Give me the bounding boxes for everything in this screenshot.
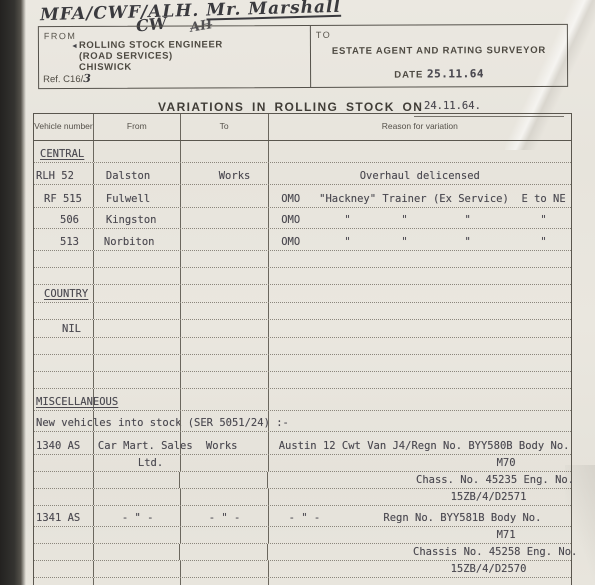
table-cell-r: Austin 12 Cwt Van J4/Regn No. BYY580B Bo…	[269, 432, 571, 454]
table-cell-to	[180, 544, 268, 560]
table-cell-v: 506	[34, 208, 94, 228]
cell-text: NIL	[62, 323, 81, 335]
table-cell-f	[94, 527, 181, 543]
table-cell-r: M70	[269, 455, 571, 471]
cell-text: RLH 52	[36, 170, 74, 182]
from-address: ◄ ROLLING STOCK ENGINEER (ROAD SERVICES)…	[79, 39, 223, 73]
header-reason: Reason for variation	[269, 114, 571, 140]
table-cell-to	[181, 527, 269, 543]
table-cell-r	[269, 411, 571, 431]
table-cell-f: Norbiton	[94, 229, 181, 250]
cell-text: Austin 12 Cwt Van J4/Regn No. BYY580B Bo…	[279, 440, 570, 452]
table-row: RLH 52DalstonWorksOverhaul delicensed	[34, 163, 571, 185]
table-cell-to	[181, 411, 269, 431]
table-cell-r: Overhaul delicensed	[269, 163, 571, 184]
cell-text: OMO " " " "	[269, 214, 547, 226]
table-cell-r: 15ZB/4/D2571	[269, 489, 571, 505]
header-to: To	[181, 114, 269, 140]
table-row: MISCELLANEOUS	[34, 389, 571, 411]
header-from: From	[94, 114, 181, 140]
cell-text: M71	[497, 529, 516, 541]
table-cell-r	[269, 285, 571, 302]
table-cell-f	[94, 578, 181, 585]
table-row	[34, 355, 571, 372]
date-line: DATE 25.11.64	[311, 67, 567, 81]
table-cell-f: Fulwell	[94, 185, 181, 207]
table-cell-to	[181, 208, 269, 228]
cell-text: Dalston	[106, 170, 150, 182]
table-cell-f	[94, 285, 181, 302]
table-cell-f	[94, 141, 181, 162]
table-cell-v	[34, 544, 94, 560]
cell-text: - " -	[209, 512, 241, 524]
table-cell-v: RLH 52	[34, 163, 94, 184]
table-row: 1340 ASCar Mart. SalesWorksAustin 12 Cwt…	[34, 432, 571, 455]
date-value: 25.11.64	[427, 67, 484, 80]
cell-text: Works	[219, 170, 251, 182]
table-row: CENTRAL	[34, 141, 571, 163]
table-cell-v	[34, 472, 94, 488]
to-section: TO ESTATE AGENT AND RATING SURVEYOR DATE…	[311, 25, 567, 87]
table-cell-v	[34, 372, 94, 388]
table-cell-v	[34, 355, 94, 371]
cell-text: 513	[60, 236, 79, 248]
table-cell-r	[269, 372, 571, 388]
cell-text: - " -	[122, 512, 154, 524]
from-address-line: (ROAD SERVICES)	[79, 50, 223, 62]
table-cell-to	[181, 303, 269, 319]
table-cell-r: OMO "Hackney" Trainer (Ex Service) E to …	[269, 185, 571, 207]
table-cell-v	[34, 251, 94, 267]
table-cell-to	[181, 251, 269, 267]
cell-text: 15ZB/4/D2570	[451, 563, 527, 575]
form-title: VARIATIONS IN ROLLING STOCK ON	[158, 100, 423, 114]
table-cell-f	[94, 489, 181, 505]
table-cell-to	[181, 320, 269, 337]
cell-text: COUNTRY	[44, 288, 88, 300]
table-cell-r: Chass. No. 45235 Eng. No.	[268, 472, 571, 488]
table-cell-v	[34, 338, 94, 354]
table-cell-v	[34, 578, 94, 585]
reference-handwritten-digit: 3	[83, 72, 91, 85]
date-label: DATE	[394, 69, 423, 80]
cell-text: Overhaul delicensed	[360, 170, 480, 182]
table-row	[34, 372, 571, 389]
table-cell-f: Kingston	[94, 208, 181, 228]
scanned-memo-form: MFA/CWF/ALH. Mr. Marshall CW AH FROM ◄ R…	[0, 0, 595, 585]
table-cell-to	[181, 338, 269, 354]
table-cell-to: - " -	[181, 506, 269, 526]
table-cell-to	[181, 185, 269, 207]
table-row: New vehicles into stock (SER 5051/24) :-	[34, 411, 571, 432]
cell-text: 506	[60, 214, 79, 226]
table-row: 1341 AS- " -- " -- " - Regn No. BYY581B …	[34, 506, 571, 527]
cell-text: Fulwell	[106, 193, 150, 205]
table-cell-v	[34, 527, 94, 543]
table-cell-v: NIL	[34, 320, 94, 337]
table-cell-to	[181, 455, 269, 471]
cell-text: - " - Regn No. BYY581B Body No.	[289, 512, 542, 524]
table-cell-v	[34, 455, 94, 471]
table-cell-to	[181, 561, 269, 577]
table-cell-v: New vehicles into stock (SER 5051/24) :-	[34, 411, 94, 431]
table-cell-r: - " - Regn No. BYY581B Body No.	[269, 506, 571, 526]
table-cell-r: 15ZB/4/D2570	[269, 561, 571, 577]
reference-label: Ref. C16/	[43, 74, 83, 85]
to-label: TO	[316, 30, 331, 40]
table-cell-f	[94, 355, 181, 371]
table-cell-r	[269, 338, 571, 354]
table-row	[34, 251, 571, 268]
table-cell-r	[269, 355, 571, 371]
form-title-date: 24.11.64.	[424, 100, 481, 112]
table-cell-f: Dalston	[94, 163, 181, 184]
table-row	[34, 578, 571, 585]
from-address-line: CHISWICK	[79, 61, 223, 73]
table-cell-r	[269, 578, 571, 585]
table-cell-f	[94, 251, 181, 267]
handwritten-initials-route: MFA/CWF/ALH.	[40, 1, 200, 25]
cell-text: M70	[497, 457, 516, 469]
table-cell-to	[181, 229, 269, 250]
cell-text: Car Mart. Sales	[98, 440, 193, 452]
table-cell-r: OMO " " " "	[269, 208, 571, 228]
cell-text: Chass. No. 45235 Eng. No.	[416, 474, 574, 486]
from-address-line: ROLLING STOCK ENGINEER	[79, 39, 223, 51]
cell-text: OMO " " " "	[269, 236, 547, 248]
table-body: CENTRALRLH 52DalstonWorksOverhaul delice…	[34, 141, 571, 585]
table-cell-f	[94, 544, 181, 560]
table-cell-to	[181, 141, 269, 162]
cell-text: Norbiton	[104, 236, 155, 248]
cell-text: Works	[206, 440, 238, 452]
table-row: 15ZB/4/D2570	[34, 561, 571, 578]
handwritten-addressee: Mr. Marshall	[206, 0, 341, 21]
table-cell-f: - " -	[94, 506, 181, 526]
table-cell-r	[269, 251, 571, 267]
table-cell-to	[181, 578, 269, 585]
cell-text: Kingston	[106, 214, 157, 226]
table-cell-to	[181, 355, 269, 371]
table-cell-v: CENTRAL	[34, 141, 94, 162]
table-cell-to	[180, 472, 268, 488]
table-cell-f	[94, 320, 181, 337]
table-cell-v: MISCELLANEOUS	[34, 389, 94, 410]
table-cell-f: Car Mart. Sales	[94, 432, 181, 454]
table-cell-v: 1341 AS	[34, 506, 94, 526]
table-cell-r: OMO " " " "	[269, 229, 571, 250]
cell-text: RF 515	[44, 193, 82, 205]
table-cell-v: 1340 AS	[34, 432, 94, 454]
table-cell-v: 513	[34, 229, 94, 250]
table-cell-f	[94, 372, 181, 388]
table-cell-r: M71	[269, 527, 571, 543]
table-cell-r	[269, 389, 571, 410]
cell-text: CENTRAL	[40, 148, 84, 160]
scanner-edge-strip	[0, 0, 26, 585]
table-cell-f	[94, 389, 181, 410]
table-row: RF 515Fulwell OMO "Hackney" Trainer (Ex …	[34, 185, 571, 208]
table-row: 15ZB/4/D2571	[34, 489, 571, 506]
table-cell-r	[269, 303, 571, 319]
table-cell-v: COUNTRY	[34, 285, 94, 302]
table-cell-f	[94, 561, 181, 577]
table-header-row: Vehicle number From To Reason for variat…	[34, 114, 571, 141]
table-cell-f: Ltd.	[94, 455, 181, 471]
table-cell-r	[269, 268, 571, 284]
table-row: 513Norbiton OMO " " " "	[34, 229, 571, 251]
table-row	[34, 338, 571, 355]
table-row: Chassis No. 45258 Eng. No.	[34, 544, 571, 561]
table-cell-v	[34, 561, 94, 577]
from-label: FROM	[44, 31, 77, 41]
table-cell-v	[34, 489, 94, 505]
from-to-header-box: FROM ◄ ROLLING STOCK ENGINEER (ROAD SERV…	[38, 24, 568, 89]
table-cell-r	[269, 320, 571, 337]
table-cell-to	[181, 372, 269, 388]
header-vehicle-number: Vehicle number	[34, 114, 94, 140]
addressee-name: ESTATE AGENT AND RATING SURVEYOR	[311, 45, 567, 57]
from-section: FROM ◄ ROLLING STOCK ENGINEER (ROAD SERV…	[39, 26, 311, 88]
cell-text: Ltd.	[138, 457, 163, 469]
table-row: Ltd.M70	[34, 455, 571, 472]
cell-text: 1340 AS	[36, 440, 80, 452]
table-row	[34, 303, 571, 320]
table-cell-v: RF 515	[34, 185, 94, 207]
table-cell-to	[181, 389, 269, 410]
table-row: Chass. No. 45235 Eng. No.	[34, 472, 571, 489]
table-cell-to: Works	[181, 163, 269, 184]
table-cell-f	[94, 338, 181, 354]
table-cell-v	[34, 268, 94, 284]
cell-text: Chassis No. 45258 Eng. No.	[413, 546, 577, 558]
table-cell-f	[94, 411, 181, 431]
table-cell-f	[94, 268, 181, 284]
cell-text: 1341 AS	[36, 512, 80, 524]
cell-text: 15ZB/4/D2571	[451, 491, 527, 503]
table-cell-r	[269, 141, 571, 162]
variations-table: Vehicle number From To Reason for variat…	[33, 113, 572, 585]
table-row: 506Kingston OMO " " " "	[34, 208, 571, 229]
table-cell-to	[181, 489, 269, 505]
table-cell-r: Chassis No. 45258 Eng. No.	[268, 544, 571, 560]
table-row: M71	[34, 527, 571, 544]
reference-line: Ref. C16/3	[43, 72, 91, 85]
table-cell-to	[181, 285, 269, 302]
hand-tick-mark: ◄	[71, 41, 79, 52]
cell-text: OMO "Hackney" Trainer (Ex Service) E to …	[269, 193, 566, 205]
table-row	[34, 268, 571, 285]
table-cell-to	[181, 268, 269, 284]
table-row: NIL	[34, 320, 571, 338]
table-cell-f	[94, 303, 181, 319]
table-cell-f	[94, 472, 181, 488]
table-cell-to: Works	[181, 432, 269, 454]
table-cell-v	[34, 303, 94, 319]
table-row: COUNTRY	[34, 285, 571, 303]
